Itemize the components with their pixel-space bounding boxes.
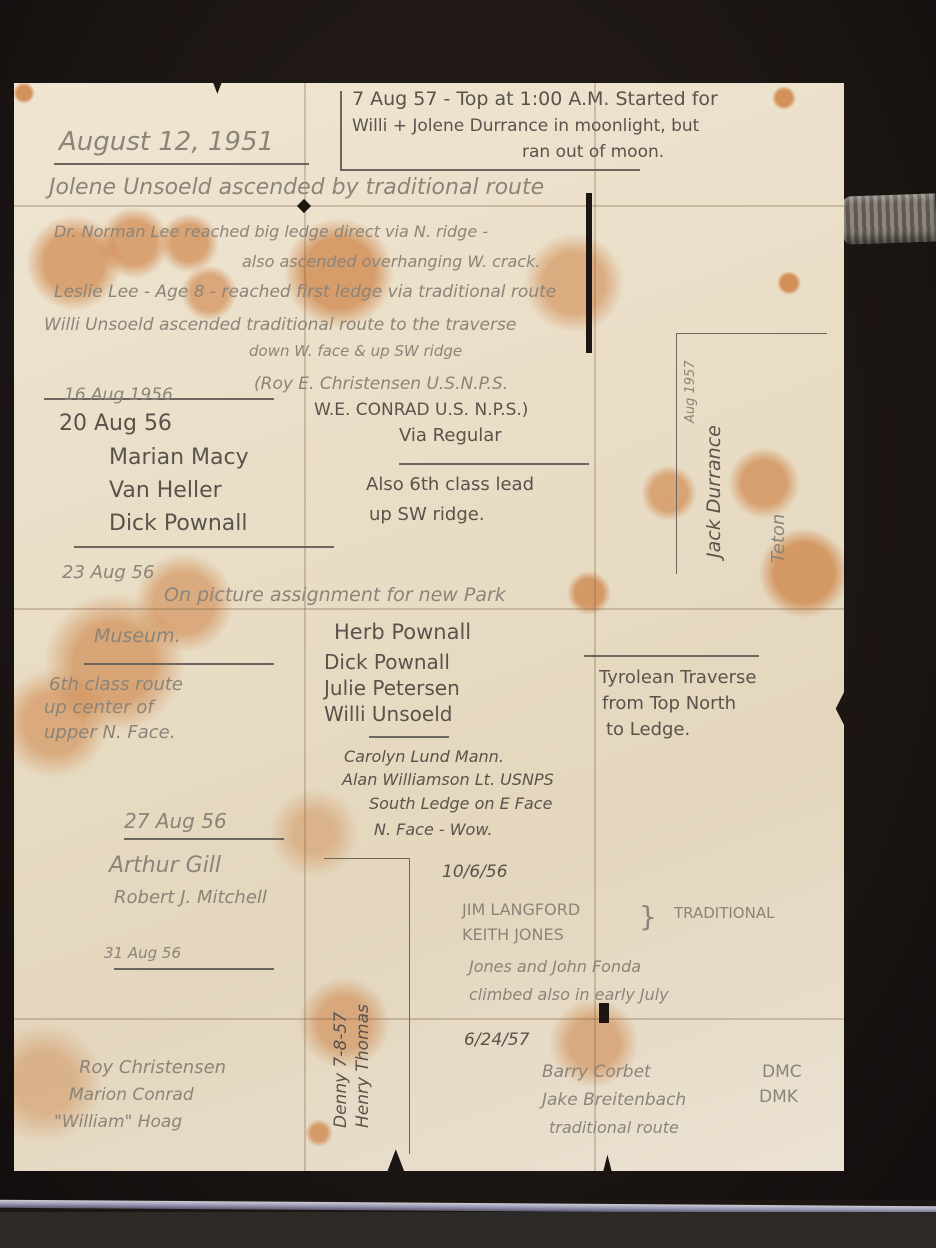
- frame-bottom: [0, 1212, 936, 1248]
- entry-date: 23 Aug 56: [62, 563, 154, 584]
- entry-line: Willi Unsoeld ascended traditional route…: [44, 316, 516, 336]
- entry-line: Tyrolean Traverse: [599, 668, 756, 689]
- underline: [584, 655, 759, 657]
- entry-line: ran out of moon.: [522, 143, 664, 163]
- fold-line-horizontal: [14, 1018, 844, 1020]
- fold-hole: [297, 199, 311, 213]
- underline: [399, 463, 589, 465]
- entry-line: Dr. Norman Lee reached big ledge direct …: [54, 223, 488, 241]
- climber-name: Arthur Gill: [109, 853, 221, 878]
- entry-line: Alan Williamson Lt. USNPS: [342, 771, 554, 789]
- fold-line-vertical: [304, 83, 306, 1171]
- entry-line: up center of: [44, 698, 154, 719]
- underline: [84, 663, 274, 665]
- climber-name: Robert J. Mitchell: [114, 888, 267, 909]
- entry-line: W.E. CONRAD U.S. N.P.S.): [314, 401, 528, 421]
- entry-date: 31 Aug 56: [104, 945, 181, 962]
- entry-date: 27 Aug 56: [124, 810, 227, 833]
- entry-line: traditional route: [549, 1119, 679, 1137]
- initials: DMK: [759, 1088, 798, 1108]
- underline: [340, 169, 640, 171]
- climber-name: Julie Petersen: [324, 677, 460, 700]
- underline: [54, 163, 309, 165]
- entry-date: 6/24/57: [464, 1031, 530, 1051]
- entry-line: On picture assignment for new Park: [164, 585, 506, 607]
- route-note: TRADITIONAL: [674, 905, 774, 922]
- summit-register-paper: August 12, 1951 Jolene Unsoeld ascended …: [14, 83, 844, 1171]
- fold-line-horizontal: [14, 608, 844, 610]
- entry-line: climbed also in early July: [469, 986, 669, 1004]
- climber-name: Dick Pownall: [109, 511, 247, 536]
- paper-tear: [586, 193, 592, 353]
- underline: [124, 838, 284, 840]
- underline: [114, 968, 274, 970]
- climber-name: Marian Macy: [109, 445, 249, 470]
- bracket-line: [340, 91, 342, 171]
- entry-line: also ascended overhanging W. crack.: [242, 253, 540, 271]
- sideways-entry: Denny 7-8-57: [332, 1012, 352, 1128]
- sideways-entry: Henry Thomas: [354, 1004, 374, 1128]
- entry-line: Also 6th class lead: [366, 475, 534, 496]
- fold-line-horizontal: [14, 205, 844, 207]
- entry-date: August 12, 1951: [59, 128, 274, 158]
- struck-date: 16 Aug 1956: [64, 386, 173, 406]
- entry-line: down W. face & up SW ridge: [249, 343, 462, 360]
- entry-line: South Ledge on E Face: [369, 795, 552, 813]
- climber-name: KEITH JONES: [462, 926, 564, 944]
- climber-name: Marion Conrad: [69, 1086, 194, 1106]
- entry-line: Willi + Jolene Durrance in moonlight, bu…: [352, 117, 699, 137]
- initials: DMC: [762, 1063, 802, 1083]
- entry-line: 6th class route: [49, 675, 183, 696]
- entry-line: Jones and John Fonda: [469, 958, 641, 976]
- entry-date: 10/6/56: [442, 863, 508, 883]
- entry-line: Jolene Unsoeld ascended by traditional r…: [49, 175, 544, 200]
- fold-line-vertical: [594, 83, 596, 1171]
- entry-line: from Top North: [602, 694, 736, 715]
- entry-line: up SW ridge.: [369, 505, 485, 526]
- entry-line: Via Regular: [399, 426, 502, 447]
- entry-line: Leslie Lee - Age 8 - reached first ledge…: [54, 283, 556, 303]
- climber-name: Van Heller: [109, 478, 222, 503]
- entry-line: 7 Aug 57 - Top at 1:00 A.M. Started for: [352, 89, 718, 111]
- entry-line: to Ledge.: [606, 720, 690, 741]
- climber-name: "William" Hoag: [54, 1113, 182, 1133]
- entry-line: (Roy E. Christensen U.S.N.P.S.: [254, 375, 508, 395]
- fold-hole: [599, 1003, 609, 1023]
- climber-name: Dick Pownall: [324, 651, 450, 674]
- underline: [74, 546, 334, 548]
- brace: }: [639, 901, 657, 933]
- sideways-entry: Jack Durrance: [704, 425, 726, 558]
- entry-line: Carolyn Lund Mann.: [344, 748, 504, 766]
- climber-name: Jake Breitenbach: [542, 1091, 686, 1111]
- climber-name: Willi Unsoeld: [324, 703, 452, 726]
- underline: [369, 736, 449, 738]
- entry-line: N. Face - Wow.: [374, 821, 493, 839]
- entry-line: upper N. Face.: [44, 723, 175, 744]
- entry-line: Museum.: [94, 626, 181, 648]
- climber-name: JIM LANGFORD: [462, 901, 580, 919]
- hanging-cord: [841, 193, 936, 244]
- climber-name: Herb Pownall: [334, 620, 471, 644]
- climber-name: Roy Christensen: [79, 1058, 226, 1079]
- sideways-entry: Teton: [769, 514, 790, 563]
- sideways-entry: Aug 1957: [684, 360, 699, 423]
- entry-date: 20 Aug 56: [59, 411, 172, 436]
- climber-name: Barry Corbet: [542, 1063, 651, 1083]
